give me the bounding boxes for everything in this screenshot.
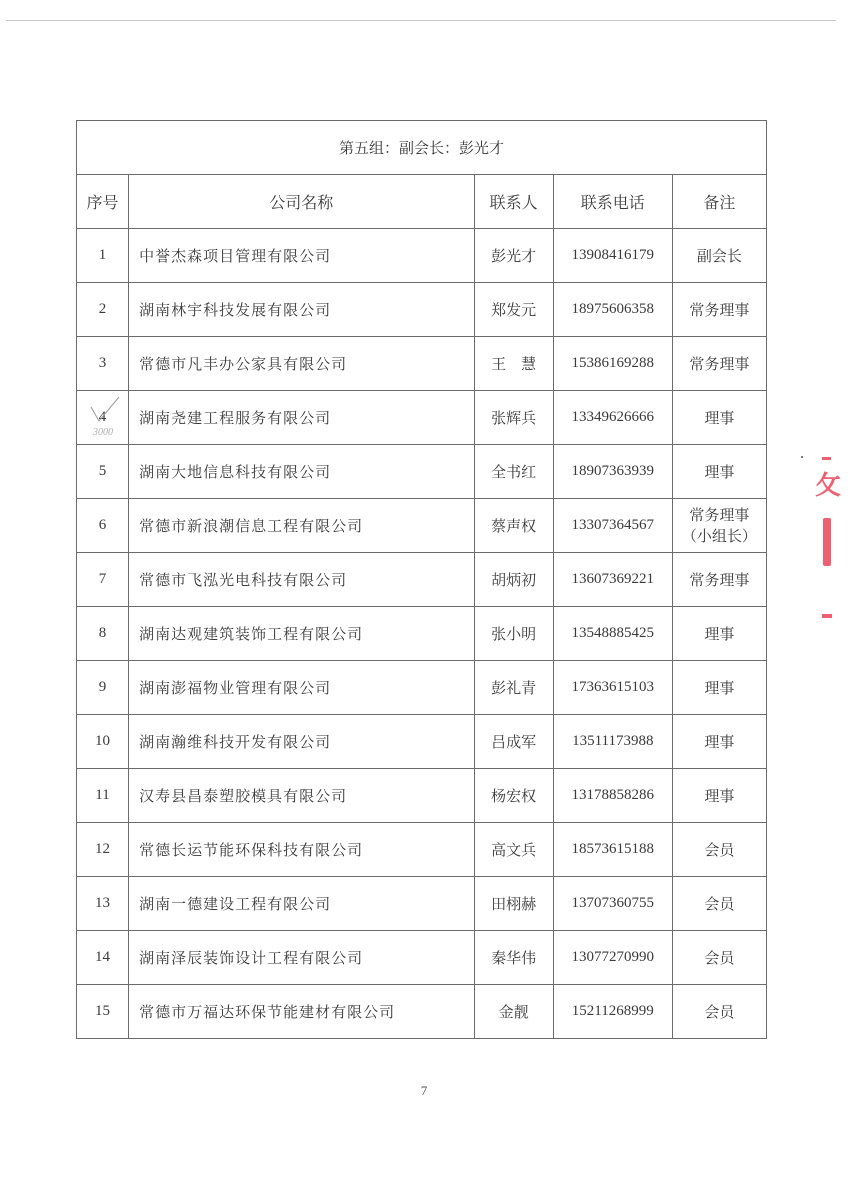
- phone-number: 18573615188: [553, 823, 672, 877]
- header-remark: 备注: [672, 175, 766, 229]
- phone-number: 18907363939: [553, 445, 672, 499]
- handwritten-check-icon: 3000: [89, 395, 125, 439]
- company-name: 常德市凡丰办公家具有限公司: [129, 337, 475, 391]
- table-row: 4 3000 湖南尧建工程服务有限公司 张辉兵 13349626666 理事: [77, 391, 767, 445]
- scan-top-edge: [6, 20, 836, 21]
- row-index-value: 4: [99, 409, 107, 425]
- remark: 理事: [672, 607, 766, 661]
- company-name: 汉寿县昌泰塑胶模具有限公司: [129, 769, 475, 823]
- header-row: 序号 公司名称 联系人 联系电话 备注: [77, 175, 767, 229]
- contact-person: 杨宏权: [474, 769, 553, 823]
- row-index: 14: [77, 931, 129, 985]
- company-name: 常德市飞泓光电科技有限公司: [129, 553, 475, 607]
- seal-fragment-char: 攵: [815, 465, 841, 502]
- contact-person: 高文兵: [474, 823, 553, 877]
- contact-person: 彭光才: [474, 229, 553, 283]
- phone-number: 13307364567: [553, 499, 672, 553]
- remark: 会员: [672, 931, 766, 985]
- table-row: 14 湖南泽辰装饰设计工程有限公司 秦华伟 13077270990 会员: [77, 931, 767, 985]
- remark: 常务理事 （小组长）: [672, 499, 766, 553]
- row-index: 10: [77, 715, 129, 769]
- group-title: 第五组：副会长：彭光才: [77, 121, 767, 175]
- table-row: 9 湖南澎福物业管理有限公司 彭礼青 17363615103 理事: [77, 661, 767, 715]
- row-index: 9: [77, 661, 129, 715]
- table-row: 3 常德市凡丰办公家具有限公司 王 慧 15386169288 常务理事: [77, 337, 767, 391]
- phone-number: 17363615103: [553, 661, 672, 715]
- phone-number: 13349626666: [553, 391, 672, 445]
- remark: 常务理事: [672, 553, 766, 607]
- remark: 理事: [672, 445, 766, 499]
- table-row: 1 中誉杰森项目管理有限公司 彭光才 13908416179 副会长: [77, 229, 767, 283]
- phone-number: 18975606358: [553, 283, 672, 337]
- header-company: 公司名称: [129, 175, 475, 229]
- remark-line-1: 常务理事: [673, 505, 766, 526]
- member-table: 第五组：副会长：彭光才 序号 公司名称 联系人 联系电话 备注 1 中誉杰森项目…: [76, 120, 767, 1039]
- company-name: 常德市万福达环保节能建材有限公司: [129, 985, 475, 1039]
- contact-person: 吕成军: [474, 715, 553, 769]
- table-row: 13 湖南一德建设工程有限公司 田栩赫 13707360755 会员: [77, 877, 767, 931]
- row-index: 1: [77, 229, 129, 283]
- contact-person: 郑发元: [474, 283, 553, 337]
- contact-person: 王 慧: [474, 337, 553, 391]
- row-index: 5: [77, 445, 129, 499]
- remark-line-2: （小组长）: [673, 526, 766, 547]
- remark: 理事: [672, 391, 766, 445]
- company-name: 常德长运节能环保科技有限公司: [129, 823, 475, 877]
- row-index: 15: [77, 985, 129, 1039]
- company-name: 湖南一德建设工程有限公司: [129, 877, 475, 931]
- phone-number: 13607369221: [553, 553, 672, 607]
- seal-fragment-top: [822, 457, 831, 460]
- group-title-row: 第五组：副会长：彭光才: [77, 121, 767, 175]
- row-index: 12: [77, 823, 129, 877]
- company-name: 湖南澎福物业管理有限公司: [129, 661, 475, 715]
- header-contact: 联系人: [474, 175, 553, 229]
- contact-person: 蔡声权: [474, 499, 553, 553]
- remark: 会员: [672, 985, 766, 1039]
- remark: 理事: [672, 661, 766, 715]
- company-name: 湖南达观建筑装饰工程有限公司: [129, 607, 475, 661]
- row-index: 2: [77, 283, 129, 337]
- phone-number: 15386169288: [553, 337, 672, 391]
- phone-number: 13077270990: [553, 931, 672, 985]
- remark: 副会长: [672, 229, 766, 283]
- table-row: 11 汉寿县昌泰塑胶模具有限公司 杨宏权 13178858286 理事: [77, 769, 767, 823]
- table-row: 10 湖南瀚维科技开发有限公司 吕成军 13511173988 理事: [77, 715, 767, 769]
- row-index: 8: [77, 607, 129, 661]
- table-row: 6 常德市新浪潮信息工程有限公司 蔡声权 13307364567 常务理事 （小…: [77, 499, 767, 553]
- phone-number: 13178858286: [553, 769, 672, 823]
- contact-person: 彭礼青: [474, 661, 553, 715]
- row-index: 7: [77, 553, 129, 607]
- contact-person: 张辉兵: [474, 391, 553, 445]
- page-number: 7: [0, 1083, 848, 1099]
- row-index: 13: [77, 877, 129, 931]
- contact-person: 金靓: [474, 985, 553, 1039]
- table-row: 8 湖南达观建筑装饰工程有限公司 张小明 13548885425 理事: [77, 607, 767, 661]
- table-row: 7 常德市飞泓光电科技有限公司 胡炳初 13607369221 常务理事: [77, 553, 767, 607]
- row-index: 3: [77, 337, 129, 391]
- remark: 理事: [672, 769, 766, 823]
- company-name: 中誉杰森项目管理有限公司: [129, 229, 475, 283]
- seal-fragment-bottom: [822, 614, 832, 618]
- table-row: 5 湖南大地信息科技有限公司 全书红 18907363939 理事: [77, 445, 767, 499]
- contact-person: 张小明: [474, 607, 553, 661]
- company-name: 湖南林宇科技发展有限公司: [129, 283, 475, 337]
- contact-person: 田栩赫: [474, 877, 553, 931]
- remark: 会员: [672, 877, 766, 931]
- table-row: 2 湖南林宇科技发展有限公司 郑发元 18975606358 常务理事: [77, 283, 767, 337]
- company-name: 湖南尧建工程服务有限公司: [129, 391, 475, 445]
- table-row: 12 常德长运节能环保科技有限公司 高文兵 18573615188 会员: [77, 823, 767, 877]
- remark: 常务理事: [672, 283, 766, 337]
- header-phone: 联系电话: [553, 175, 672, 229]
- svg-text:3000: 3000: [92, 427, 113, 438]
- contact-person: 全书红: [474, 445, 553, 499]
- contact-person: 秦华伟: [474, 931, 553, 985]
- scan-speck: [801, 456, 803, 458]
- phone-number: 13548885425: [553, 607, 672, 661]
- remark: 会员: [672, 823, 766, 877]
- remark: 常务理事: [672, 337, 766, 391]
- contact-person: 胡炳初: [474, 553, 553, 607]
- phone-number: 13511173988: [553, 715, 672, 769]
- company-name: 湖南大地信息科技有限公司: [129, 445, 475, 499]
- phone-number: 13707360755: [553, 877, 672, 931]
- remark: 理事: [672, 715, 766, 769]
- phone-number: 13908416179: [553, 229, 672, 283]
- header-index: 序号: [77, 175, 129, 229]
- company-name: 常德市新浪潮信息工程有限公司: [129, 499, 475, 553]
- table-row: 15 常德市万福达环保节能建材有限公司 金靓 15211268999 会员: [77, 985, 767, 1039]
- seal-fragment-bar: [823, 518, 831, 566]
- phone-number: 15211268999: [553, 985, 672, 1039]
- row-index: 4 3000: [77, 391, 129, 445]
- row-index: 11: [77, 769, 129, 823]
- company-name: 湖南泽辰装饰设计工程有限公司: [129, 931, 475, 985]
- row-index: 6: [77, 499, 129, 553]
- company-name: 湖南瀚维科技开发有限公司: [129, 715, 475, 769]
